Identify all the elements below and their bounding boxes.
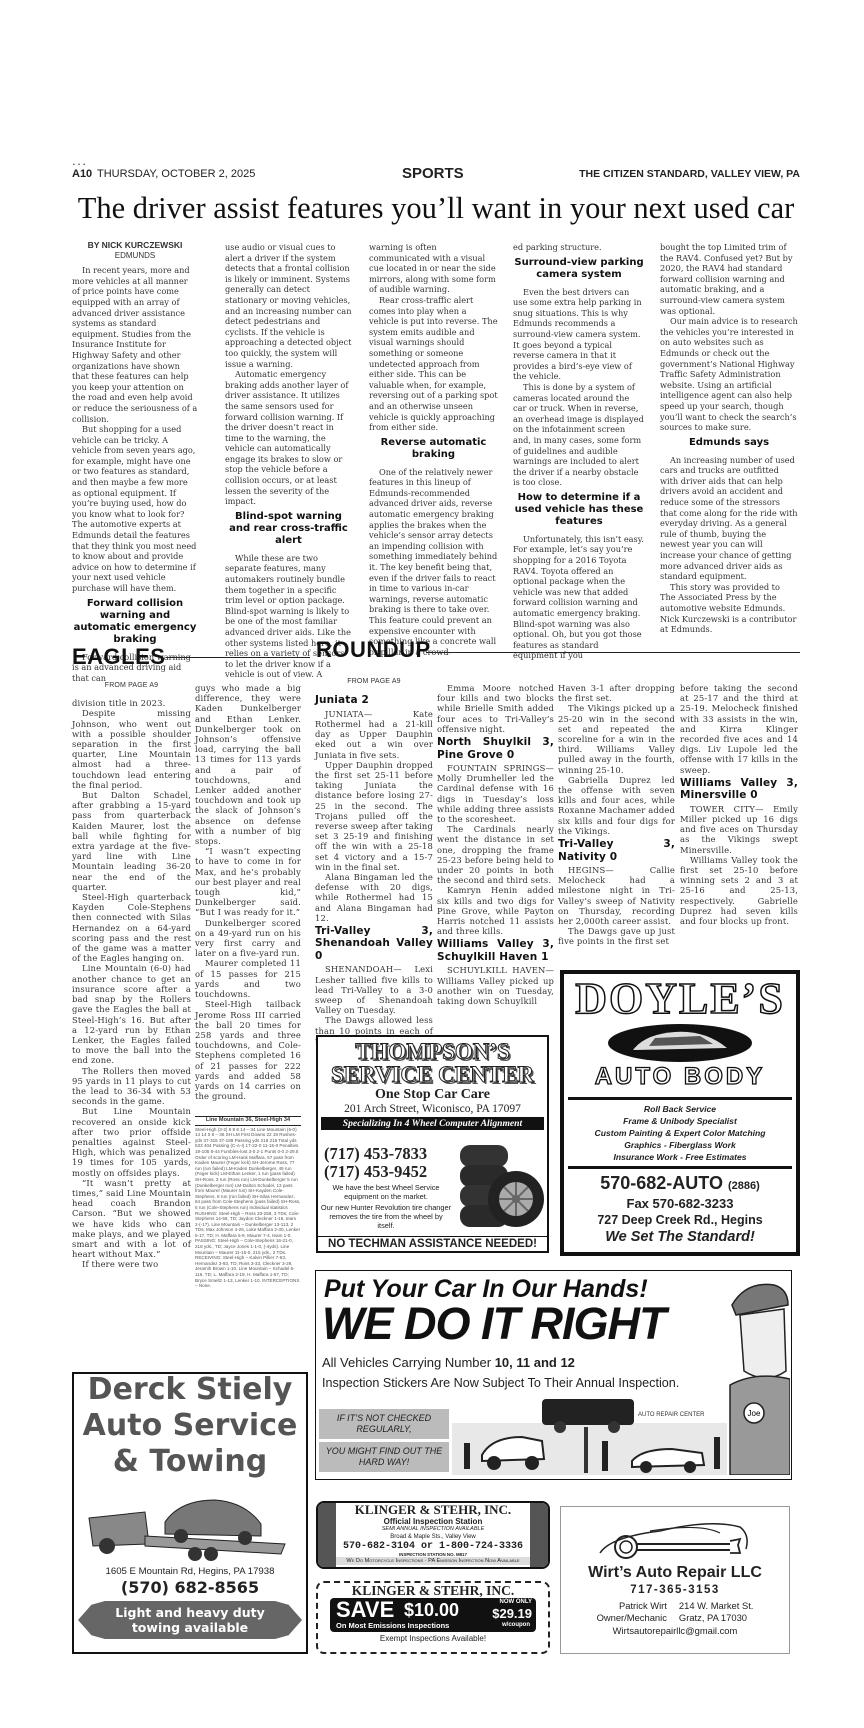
- ad-banner: Specializing In 4 Wheel Computer Alignme…: [321, 1117, 544, 1130]
- ad-subname: AUTO BODY: [564, 1064, 796, 1090]
- ad-phone-1: (717) 453-7833: [324, 1145, 427, 1163]
- paragraph: Kamryn Henin added six kills and two dig…: [437, 885, 554, 936]
- paragraph: Steel-High tailback Jerome Ross III carr…: [195, 999, 301, 1101]
- paragraph: before taking the second at 25-17 and th…: [680, 683, 798, 775]
- eagles-column-1: FROM PAGE A9 division title in 2023. Des…: [72, 681, 191, 1270]
- box-score: Line Mountain 36, Steel-High 34 Steel-Hi…: [195, 1116, 301, 1289]
- paragraph: ed parking structure.: [513, 242, 645, 253]
- ad-email[interactable]: Wirtsautorepairllc@gmail.com: [561, 1624, 789, 1638]
- roundup-column-1: FROM PAGE A9 Juniata 2 JUNIATA— Kate Rot…: [315, 677, 433, 1046]
- article-column-4: ed parking structure. Surround-view park…: [513, 242, 645, 661]
- article-headline: The driver assist features you’ll want i…: [72, 190, 800, 226]
- subhead: Forward collision warning and automatic …: [72, 598, 198, 646]
- ad-phones: 570-682-3104 or 1-800-724-3336: [318, 1541, 548, 1552]
- ad-sub: Official Inspection Station: [318, 1517, 548, 1526]
- article-column-2: use audio or visual cues to alert a driv…: [225, 242, 352, 680]
- ad-contact-block: Patrick Wirt Owner/Mechanic 214 W. Marke…: [561, 1600, 789, 1624]
- paragraph: The Cardinals nearly went the distance i…: [437, 824, 554, 885]
- byline: BY NICK KURCZEWSKI: [72, 240, 198, 251]
- paragraph: Line Mountain (6-0) had another chance t…: [72, 963, 191, 1065]
- ad-name-line-2: Auto Service: [74, 1408, 306, 1444]
- paragraph: Rear cross-traffic alert comes into play…: [369, 295, 498, 433]
- tow-truck-icon: [85, 1484, 295, 1564]
- ad-line-2: WE DO IT RIGHT: [322, 1299, 665, 1349]
- paragraph: But Line Mountain recovered an onside ki…: [72, 1106, 191, 1177]
- paragraph: Haven 3-1 after dropping the first set.: [558, 683, 675, 703]
- paragraph: Upper Dauphin dropped the first set 25-1…: [315, 760, 433, 872]
- paragraph: Despite missing Johnson, who went out wi…: [72, 708, 191, 790]
- paragraph: An increasing number of used cars and tr…: [660, 455, 798, 582]
- ad-callout-2: YOU MIGHT FIND OUT THE HARD WAY!: [319, 1442, 449, 1472]
- ad-klinger-inspection[interactable]: KLINGER & STEHR, INC. Official Inspectio…: [316, 1501, 550, 1569]
- paragraph: Dunkelberger scored on a 49-yard run on …: [195, 918, 301, 959]
- paragraph: But Dalton Schadel, after grabbing a 15-…: [72, 790, 191, 892]
- subhead: Edmunds says: [660, 437, 798, 449]
- service-item: Insurance Work - Free Estimates: [564, 1151, 796, 1163]
- article-column-3: warning is often communicated with a vis…: [369, 242, 498, 657]
- divider: [568, 1166, 792, 1169]
- subhead: Surround-view parking camera system: [513, 257, 645, 281]
- ad-name: KLINGER & STEHR, INC.: [318, 1503, 548, 1517]
- ad-owner: Patrick Wirt: [597, 1600, 667, 1612]
- ad-street: 214 W. Market St.: [679, 1600, 754, 1612]
- paragraph: FOUNTAIN SPRINGS— Molly Drumheller led t…: [437, 763, 554, 824]
- paragraph: One of the relatively newer features in …: [369, 467, 498, 658]
- subhead: Reverse automatic braking: [369, 437, 498, 461]
- ad-footer: NO TECHMAN ASSISTANCE NEEDED!: [318, 1236, 547, 1251]
- ad-burst-line-1: Light and heavy duty: [78, 1605, 302, 1620]
- paragraph: JUNIATA— Kate Rothermel had a 21-kill da…: [315, 709, 433, 760]
- ad-footer: We Do Motorcycle Inspections · PA Emissi…: [336, 1557, 530, 1565]
- ad-phone-digits: (2886): [728, 1180, 760, 1192]
- ad-line-3-numbers: 10, 11 and 12: [495, 1355, 575, 1370]
- ad-burst: Light and heavy duty towing available: [78, 1601, 302, 1639]
- ad-side-bar: [318, 1503, 336, 1567]
- paragraph: “It wasn’t pretty at times,” said Line M…: [72, 1178, 191, 1260]
- ad-name-line-2: SERVICE CENTER: [318, 1063, 547, 1087]
- ad-role: Owner/Mechanic: [597, 1612, 667, 1624]
- kicker-rule: [166, 657, 310, 658]
- ad-name: Wirt’s Auto Repair LLC: [561, 1563, 789, 1583]
- mechanic-mascot-icon: Joe: [726, 1275, 790, 1475]
- paragraph: bought the top Limited trim of the RAV4.…: [660, 242, 798, 316]
- subhead: Blind-spot warning and rear cross-traffi…: [225, 511, 352, 547]
- ad-address: 201 Arch Street, Wiconisco, PA 17097: [318, 1102, 547, 1116]
- roundup-column-3: Haven 3-1 after dropping the first set. …: [558, 683, 675, 947]
- paragraph: The Rollers then moved 95 yards in 11 pl…: [72, 1066, 191, 1107]
- ad-line-4: Inspection Stickers Are Now Subject To T…: [322, 1375, 679, 1391]
- ad-semi: SEMI ANNUAL INSPECTION AVAILABLE: [318, 1526, 548, 1533]
- game-head: Williams Valley 3, Minersville 0: [680, 777, 798, 802]
- ad-address: 1605 E Mountain Rd, Hegins, PA 17938: [74, 1566, 306, 1578]
- paragraph: This story was provided to The Associate…: [660, 582, 798, 635]
- ad-price: $29.19: [492, 1606, 532, 1621]
- ad-phone: (570) 682-8565: [74, 1578, 306, 1598]
- paragraph: This is done by a system of cameras loca…: [513, 382, 645, 488]
- paragraph: Even the best drivers can use some extra…: [513, 287, 645, 382]
- page-folio: • • • A10 THURSDAY, OCTOBER 2, 2025 SPOR…: [72, 168, 800, 184]
- article-column-5: bought the top Limited trim of the RAV4.…: [660, 242, 798, 635]
- paragraph: Alana Bingaman led the defense with 20 d…: [315, 872, 433, 923]
- ad-blurb-2: Our new Hunter Revolution tire changer r…: [320, 1203, 452, 1230]
- paper-name: THE CITIZEN STANDARD, VALLEY VIEW, PA: [579, 168, 800, 180]
- ad-doyles-auto-body[interactable]: DOYLE’S AUTO BODY Roll Back Service Fram…: [560, 970, 800, 1256]
- paragraph: SCHUYLKILL HAVEN— Williams Valley picked…: [437, 965, 554, 1006]
- ad-callout-1: IF IT’S NOT CHECKED REGULARLY,: [319, 1409, 449, 1439]
- sports-car-icon: [605, 1022, 755, 1064]
- ad-klinger-coupon[interactable]: KLINGER & STEHR, INC. SAVE $10.00 On Mos…: [316, 1581, 550, 1654]
- paragraph: warning is often communicated with a vis…: [369, 242, 498, 295]
- roundup-kicker: ROUNDUP: [316, 637, 431, 663]
- ad-coupon-panel: SAVE $10.00 On Most Emissions Inspection…: [330, 1598, 536, 1632]
- paragraph: “I wasn’t expecting to have to come in f…: [195, 846, 301, 917]
- paragraph: SHENANDOAH— Lexi Lesher tallied five kil…: [315, 964, 433, 1015]
- box-score-title: Line Mountain 36, Steel-High 34: [195, 1116, 301, 1126]
- paragraph: If there were two: [72, 1259, 191, 1269]
- ad-thompsons-service-center[interactable]: THOMPSON’S SERVICE CENTER One Stop Car C…: [316, 1035, 549, 1253]
- section-name: SPORTS: [402, 165, 464, 182]
- paragraph: HEGINS— Callie Melocheck had a milestone…: [558, 865, 675, 926]
- paragraph: The Vikings picked up a 25-20 win in the…: [558, 703, 675, 774]
- ad-blurb-1: We have the best Wheel Service equipment…: [320, 1183, 452, 1201]
- jump-line: FROM PAGE A9: [315, 677, 433, 687]
- ad-we-do-it-right[interactable]: Put Your Car In Our Hands! WE DO IT RIGH…: [315, 1270, 792, 1480]
- ad-burst-line-2: towing available: [78, 1620, 302, 1635]
- paragraph: Steel-High quarterback Kayden Cole-Steph…: [72, 892, 191, 963]
- game-head: Tri-Valley 3, Shenandoah Valley 0: [315, 925, 433, 963]
- ad-phone-vanity: 570-682-AUTO: [600, 1173, 723, 1193]
- divider: [568, 1097, 792, 1100]
- ad-phone: 717-365-3153: [561, 1583, 789, 1598]
- paragraph: Automatic emergency braking adds another…: [225, 369, 352, 507]
- ad-name-line-1: Derck Stiely: [74, 1372, 306, 1408]
- ad-side-bar: [530, 1503, 548, 1567]
- service-item: Roll Back Service: [564, 1103, 796, 1115]
- roundup-column-2: Emma Moore notched four kills and two bl…: [437, 683, 554, 1006]
- ad-phone-2: (717) 453-9452: [324, 1163, 427, 1181]
- ad-slogan: We Set The Standard!: [564, 1228, 796, 1246]
- box-score-text: Steel-High (3-2) 6 8 6 14 – 34 Line Moun…: [195, 1127, 301, 1289]
- kicker-rule: [426, 652, 800, 653]
- car-wrench-logo-icon: [590, 1513, 760, 1563]
- subhead: How to determine if a used vehicle has t…: [513, 492, 645, 528]
- paragraph: use audio or visual cues to alert a driv…: [225, 242, 352, 369]
- paragraph: Gabriella Duprez led the offense with se…: [558, 775, 675, 836]
- service-item: Graphics - Fiberglass Work: [564, 1139, 796, 1151]
- ad-name-line-1: THOMPSON’S: [318, 1040, 547, 1063]
- paragraph: guys who made a big difference, they wer…: [195, 683, 301, 846]
- auto-shop-illustration-icon: [452, 1397, 730, 1477]
- game-head: North Shuylkil 3, Pine Grove 0: [437, 736, 554, 761]
- ad-coupon-note: w/coupon: [502, 1621, 530, 1629]
- service-item: Frame & Unibody Specialist: [564, 1115, 796, 1127]
- ad-save: SAVE: [336, 1598, 394, 1622]
- paragraph: In recent years, more and more vehicles …: [72, 265, 198, 424]
- ad-name: KLINGER & STEHR, INC.: [318, 1583, 548, 1598]
- paragraph: Emma Moore notched four kills and two bl…: [437, 683, 554, 734]
- paragraph: Our main advice is to research the vehic…: [660, 316, 798, 433]
- ad-save-amount: $10.00: [404, 1599, 459, 1621]
- ad-fax: Fax 570-682-3233: [564, 1196, 796, 1212]
- tire-stack-icon: [456, 1141, 544, 1233]
- mascot-badge: Joe: [748, 1409, 761, 1418]
- jump-line: FROM PAGE A9: [72, 681, 191, 691]
- ad-name: DOYLE’S: [564, 976, 796, 1022]
- issue-date: THURSDAY, OCTOBER 2, 2025: [97, 168, 255, 180]
- ad-address: 727 Deep Creek Rd., Hegins: [564, 1212, 796, 1228]
- ad-on-most: On Most Emissions Inspections: [336, 1621, 449, 1630]
- article-column-1: BY NICK KURCZEWSKI EDMUNDS In recent yea…: [72, 240, 198, 683]
- ad-line-3: All Vehicles Carrying Number 10, 11 and …: [322, 1355, 575, 1371]
- eagles-column-2: guys who made a big difference, they wer…: [195, 683, 301, 1101]
- paragraph: division title in 2023.: [72, 698, 191, 708]
- paragraph: Williams Valley took the first set 25-10…: [680, 855, 798, 926]
- ad-now-only: NOW ONLY: [500, 1599, 532, 1606]
- ad-exempt: Exempt Inspections Available!: [318, 1632, 548, 1645]
- ad-city: Gratz, PA 17030: [679, 1612, 754, 1624]
- roundup-column-4: before taking the second at 25-17 and th…: [680, 683, 798, 926]
- ad-address: Broad & Maple Sts., Valley View: [318, 1533, 548, 1541]
- ad-tagline: One Stop Car Care: [318, 1087, 547, 1102]
- byline-org: EDMUNDS: [72, 251, 198, 262]
- game-head: Williams Valley 3, Schuylkill Haven 1: [437, 938, 554, 963]
- eagles-kicker: EAGLES: [72, 644, 165, 670]
- ad-line-3-text: All Vehicles Carrying Number: [322, 1355, 495, 1370]
- ad-services: Roll Back Service Frame & Unibody Specia…: [564, 1103, 796, 1163]
- paragraph: But shopping for a used vehicle can be t…: [72, 424, 198, 594]
- ad-derck-stiely-towing[interactable]: Derck Stiely Auto Service & Towing 1605 …: [72, 1372, 308, 1654]
- paragraph: The Dawgs gave up just five points in th…: [558, 926, 675, 946]
- paragraph: Unfortunately, this isn’t easy. For exam…: [513, 534, 645, 661]
- paragraph: Maurer completed 11 of 15 passes for 215…: [195, 958, 301, 999]
- game-head: Tri-Valley 3, Nativity 0: [558, 838, 675, 863]
- ad-name-line-3: & Towing: [74, 1444, 306, 1480]
- page-number: A10: [72, 168, 92, 180]
- ad-wirts-auto-repair[interactable]: Wirt’s Auto Repair LLC 717-365-3153 Patr…: [560, 1506, 790, 1654]
- game-head: Juniata 2: [315, 694, 433, 707]
- paragraph: TOWER CITY— Emily Miller picked up 16 di…: [680, 804, 798, 855]
- ad-phone: 570-682-AUTO (2886): [564, 1173, 796, 1196]
- service-item: Custom Painting & Expert Color Matching: [564, 1127, 796, 1139]
